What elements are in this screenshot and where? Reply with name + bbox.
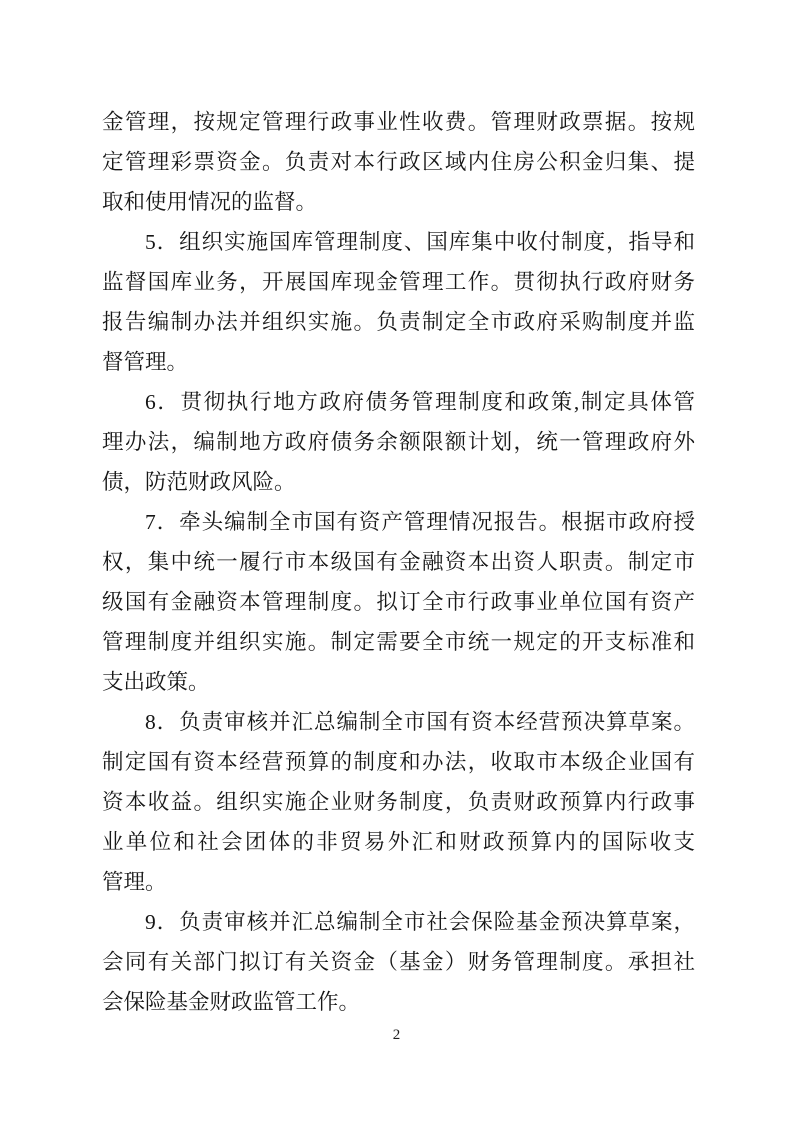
text-line: 资本收益。组织实施企业财务制度，负责财政预算内行政事: [102, 782, 695, 822]
text-line: 业单位和社会团体的非贸易外汇和财政预算内的国际收支: [102, 822, 695, 862]
text-line: 会同有关部门拟订有关资金（基金）财务管理制度。承担社: [102, 942, 695, 982]
text-line: 监督国库业务，开展国库现金管理工作。贯彻执行政府财务: [102, 262, 695, 302]
text-line: 5．组织实施国库管理制度、国库集中收付制度，指导和: [102, 222, 695, 262]
text-line: 督管理。: [102, 342, 695, 382]
text-line: 支出政策。: [102, 662, 695, 702]
text-line: 债，防范财政风险。: [102, 462, 695, 502]
page-number: 2: [0, 1024, 793, 1046]
text-line: 制定国有资本经营预算的制度和办法，收取市本级企业国有: [102, 742, 695, 782]
paragraph-continuation: 金管理，按规定管理行政事业性收费。管理财政票据。按规定管理彩票资金。负责对本行政…: [102, 102, 695, 222]
text-line: 理办法，编制地方政府债务余额限额计划，统一管理政府外: [102, 422, 695, 462]
text-line: 权，集中统一履行市本级国有金融资本出资人职责。制定市: [102, 542, 695, 582]
text-line: 金管理，按规定管理行政事业性收费。管理财政票据。按规: [102, 102, 695, 142]
text-line: 8．负责审核并汇总编制全市国有资本经营预决算草案。: [102, 702, 695, 742]
text-block: 金管理，按规定管理行政事业性收费。管理财政票据。按规定管理彩票资金。负责对本行政…: [102, 102, 695, 1022]
text-line: 报告编制办法并组织实施。负责制定全市政府采购制度并监: [102, 302, 695, 342]
text-line: 定管理彩票资金。负责对本行政区域内住房公积金归集、提: [102, 142, 695, 182]
paragraph-item-8: 8．负责审核并汇总编制全市国有资本经营预决算草案。制定国有资本经营预算的制度和办…: [102, 702, 695, 902]
text-line: 6．贯彻执行地方政府债务管理制度和政策,制定具体管: [102, 382, 695, 422]
paragraph-item-6: 6．贯彻执行地方政府债务管理制度和政策,制定具体管理办法，编制地方政府债务余额限…: [102, 382, 695, 502]
text-line: 会保险基金财政监管工作。: [102, 982, 695, 1022]
text-line: 级国有金融资本管理制度。拟订全市行政事业单位国有资产: [102, 582, 695, 622]
text-line: 管理。: [102, 862, 695, 902]
text-line: 取和使用情况的监督。: [102, 182, 695, 222]
document-page: 金管理，按规定管理行政事业性收费。管理财政票据。按规定管理彩票资金。负责对本行政…: [0, 0, 793, 1122]
paragraph-item-5: 5．组织实施国库管理制度、国库集中收付制度，指导和监督国库业务，开展国库现金管理…: [102, 222, 695, 382]
paragraph-item-7: 7．牵头编制全市国有资产管理情况报告。根据市政府授权，集中统一履行市本级国有金融…: [102, 502, 695, 702]
paragraph-item-9: 9．负责审核并汇总编制全市社会保险基金预决算草案，会同有关部门拟订有关资金（基金…: [102, 902, 695, 1022]
text-line: 7．牵头编制全市国有资产管理情况报告。根据市政府授: [102, 502, 695, 542]
text-line: 管理制度并组织实施。制定需要全市统一规定的开支标准和: [102, 622, 695, 662]
text-line: 9．负责审核并汇总编制全市社会保险基金预决算草案，: [102, 902, 695, 942]
